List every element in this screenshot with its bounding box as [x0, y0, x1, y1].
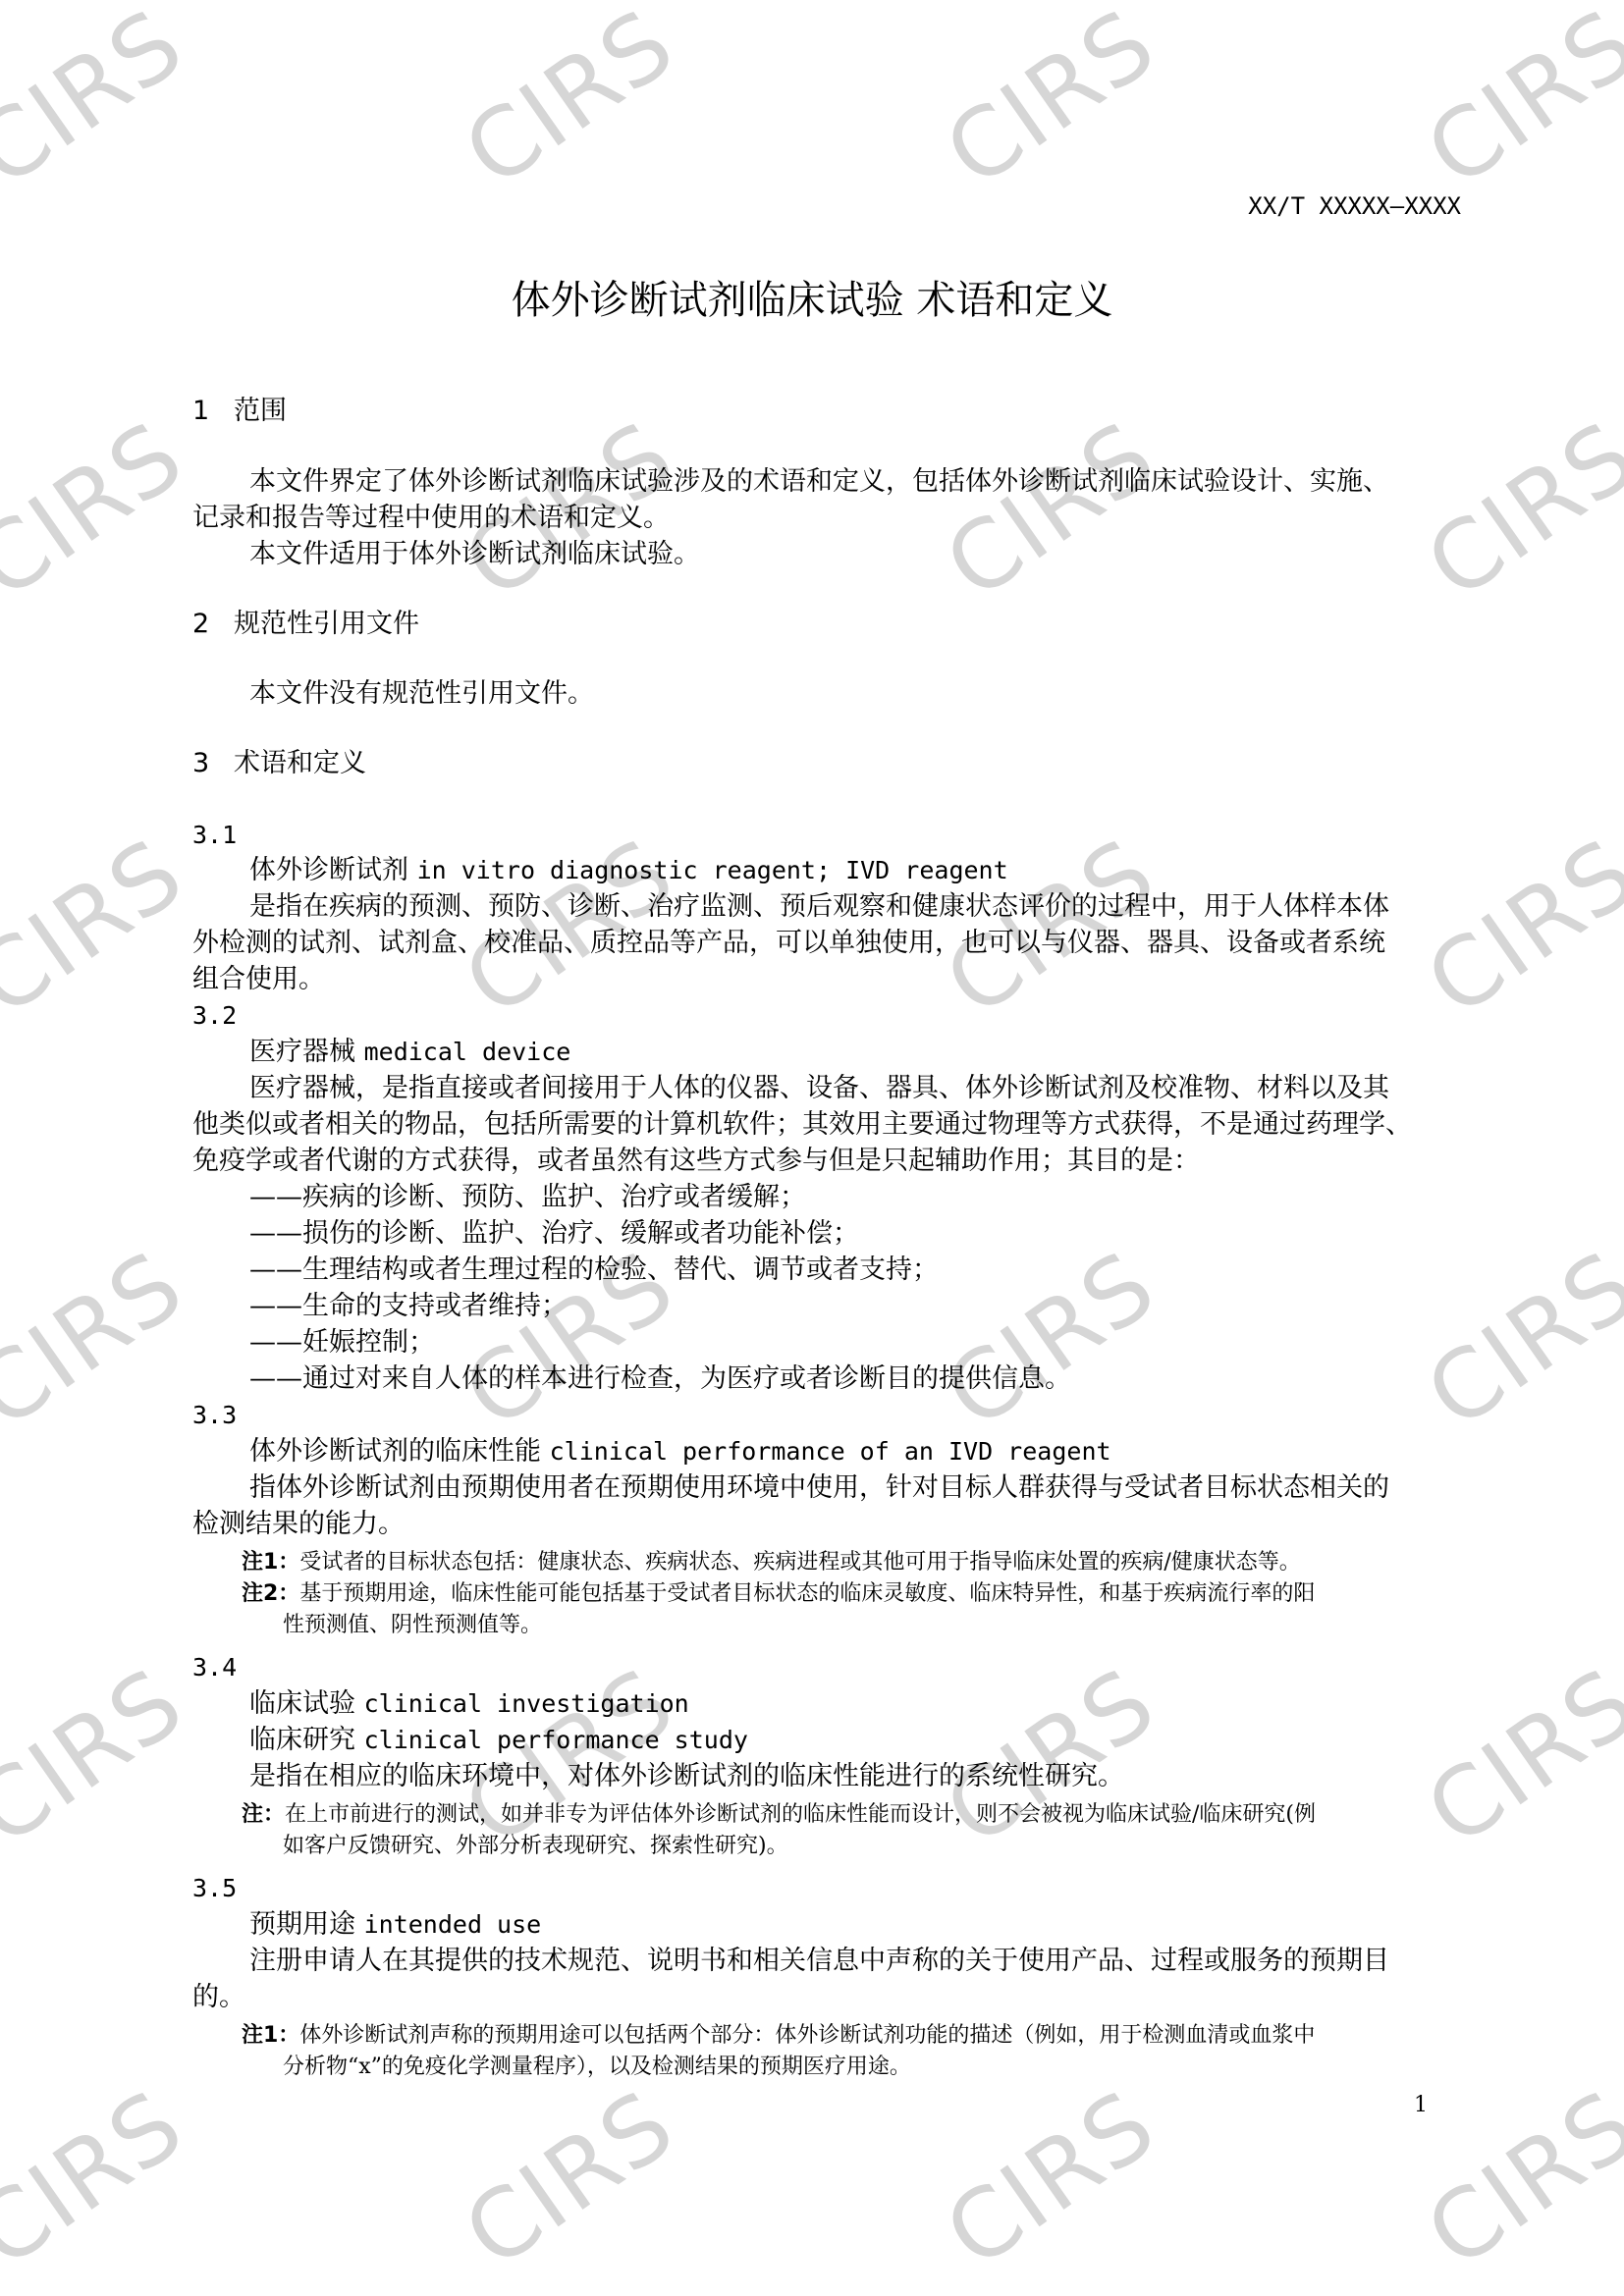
note: 注1：体外诊断试剂声称的预期用途可以包括两个部分：体外诊断试剂功能的描述（例如，… [242, 2020, 1315, 2052]
term-number: 3.1 [192, 817, 237, 853]
paragraph: 本文件没有规范性引用文件。 [249, 675, 594, 712]
section-heading-scope: 1范围 [192, 393, 287, 429]
section-title: 规范性引用文件 [234, 609, 419, 639]
list-item: ——损伤的诊断、监护、治疗、缓解或者功能补偿； [249, 1215, 859, 1252]
section-heading-normative-references: 2规范性引用文件 [192, 606, 419, 642]
note-label: 注2： [242, 1581, 299, 1606]
term-number: 3.5 [192, 1870, 237, 1906]
term-number: 3.2 [192, 997, 237, 1034]
section-title: 术语和定义 [234, 748, 366, 778]
term-en: medical device [364, 1038, 571, 1066]
term-name-alt: 临床研究 clinical performance study [249, 1722, 748, 1758]
list-item: ——生命的支持或者维持； [249, 1288, 568, 1324]
definition-line: 检测结果的能力。 [192, 1506, 405, 1542]
note-continuation: 性预测值、阴性预测值等。 [283, 1610, 542, 1641]
term-zh: 体外诊断试剂的临床性能 [249, 1436, 541, 1467]
list-item: ——疾病的诊断、预防、监护、治疗或者缓解； [249, 1179, 806, 1215]
definition-line: 组合使用。 [192, 961, 325, 997]
paragraph: 本文件适用于体外诊断试剂临床试验。 [249, 536, 700, 572]
document-title: 体外诊断试剂临床试验 术语和定义 [0, 269, 1624, 325]
paragraph: 本文件界定了体外诊断试剂临床试验涉及的术语和定义，包括体外诊断试剂临床试验设计、… [249, 463, 1389, 500]
document-page: XX/T XXXXX—XXXX 体外诊断试剂临床试验 术语和定义 1范围 本文件… [0, 0, 1624, 2296]
note-label: 注1： [242, 2023, 299, 2048]
note-label: 注： [242, 1802, 285, 1827]
term-zh: 临床试验 [249, 1688, 355, 1719]
term-zh: 医疗器械 [249, 1037, 355, 1067]
definition-line: 注册申请人在其提供的技术规范、说明书和相关信息中声称的关于使用产品、过程或服务的… [249, 1943, 1389, 1979]
note-text: 体外诊断试剂声称的预期用途可以包括两个部分：体外诊断试剂功能的描述（例如，用于检… [299, 2023, 1315, 2048]
note-text: 受试者的目标状态包括：健康状态、疾病状态、疾病进程或其他可用于指导临床处置的疾病… [299, 1550, 1300, 1575]
definition-line: 的。 [192, 1979, 245, 2015]
term-en: clinical performance study [364, 1726, 748, 1754]
section-number: 2 [192, 606, 234, 642]
term-zh: 预期用途 [249, 1909, 355, 1940]
term-name: 医疗器械 medical device [249, 1034, 570, 1070]
term-zh: 临床研究 [249, 1725, 355, 1755]
section-number: 3 [192, 745, 234, 781]
definition-line: 是指在相应的临床环境中，对体外诊断试剂的临床性能进行的系统性研究。 [249, 1758, 1124, 1794]
list-item: ——通过对来自人体的样本进行检查，为医疗或者诊断目的提供信息。 [249, 1361, 1071, 1397]
term-en: clinical investigation [364, 1689, 689, 1718]
term-number: 3.3 [192, 1397, 237, 1433]
term-en: in vitro diagnostic reagent; IVD reagent [417, 856, 1008, 884]
definition-line: 医疗器械，是指直接或者间接用于人体的仪器、设备、器具、体外诊断试剂及校准物、材料… [249, 1070, 1389, 1106]
term-en: clinical performance of an IVD reagent [550, 1437, 1111, 1466]
list-item: ——妊娠控制； [249, 1324, 435, 1361]
definition-line: 外检测的试剂、试剂盒、校准品、质控品等产品，可以单独使用，也可以与仪器、器具、设… [192, 925, 1385, 961]
note: 注2：基于预期用途，临床性能可能包括基于受试者目标状态的临床灵敏度、临床特异性，… [242, 1578, 1315, 1610]
list-item: ——生理结构或者生理过程的检验、替代、调节或者支持； [249, 1252, 939, 1288]
paragraph: 记录和报告等过程中使用的术语和定义。 [192, 500, 670, 536]
definition-line: 是指在疾病的预测、预防、诊断、治疗监测、预后观察和健康状态评价的过程中，用于人体… [249, 888, 1389, 925]
standard-code: XX/T XXXXX—XXXX [1248, 192, 1461, 220]
note: 注：在上市前进行的测试，如并非专为评估体外诊断试剂的临床性能而设计，则不会被视为… [242, 1799, 1316, 1831]
term-name: 预期用途 intended use [249, 1906, 541, 1943]
definition-line: 指体外诊断试剂由预期使用者在预期使用环境中使用，针对目标人群获得与受试者目标状态… [249, 1469, 1389, 1506]
term-zh: 体外诊断试剂 [249, 855, 408, 885]
note-continuation: 分析物“x”的免疫化学测量程序），以及检测结果的预期医疗用途。 [283, 2052, 911, 2083]
term-number: 3.4 [192, 1649, 237, 1685]
page-number: 1 [1414, 2093, 1428, 2117]
section-number: 1 [192, 393, 234, 429]
term-name: 体外诊断试剂的临床性能 clinical performance of an I… [249, 1433, 1111, 1469]
note: 注1：受试者的目标状态包括：健康状态、疾病状态、疾病进程或其他可用于指导临床处置… [242, 1547, 1301, 1578]
note-text: 在上市前进行的测试，如并非专为评估体外诊断试剂的临床性能而设计，则不会被视为临床… [285, 1802, 1316, 1827]
term-name: 体外诊断试剂 in vitro diagnostic reagent; IVD … [249, 852, 1008, 888]
section-heading-terms: 3术语和定义 [192, 745, 366, 781]
definition-line: 免疫学或者代谢的方式获得，或者虽然有这些方式参与但是只起辅助作用；其目的是： [192, 1143, 1200, 1179]
definition-line: 他类似或者相关的物品，包括所需要的计算机软件；其效用主要通过物理等方式获得，不是… [192, 1106, 1412, 1143]
note-label: 注1： [242, 1550, 299, 1575]
note-continuation: 如客户反馈研究、外部分析表现研究、探索性研究)。 [283, 1831, 788, 1862]
note-text: 基于预期用途，临床性能可能包括基于受试者目标状态的临床灵敏度、临床特异性，和基于… [299, 1581, 1315, 1606]
section-title: 范围 [234, 396, 287, 426]
term-en: intended use [364, 1910, 542, 1939]
term-name: 临床试验 clinical investigation [249, 1685, 689, 1722]
